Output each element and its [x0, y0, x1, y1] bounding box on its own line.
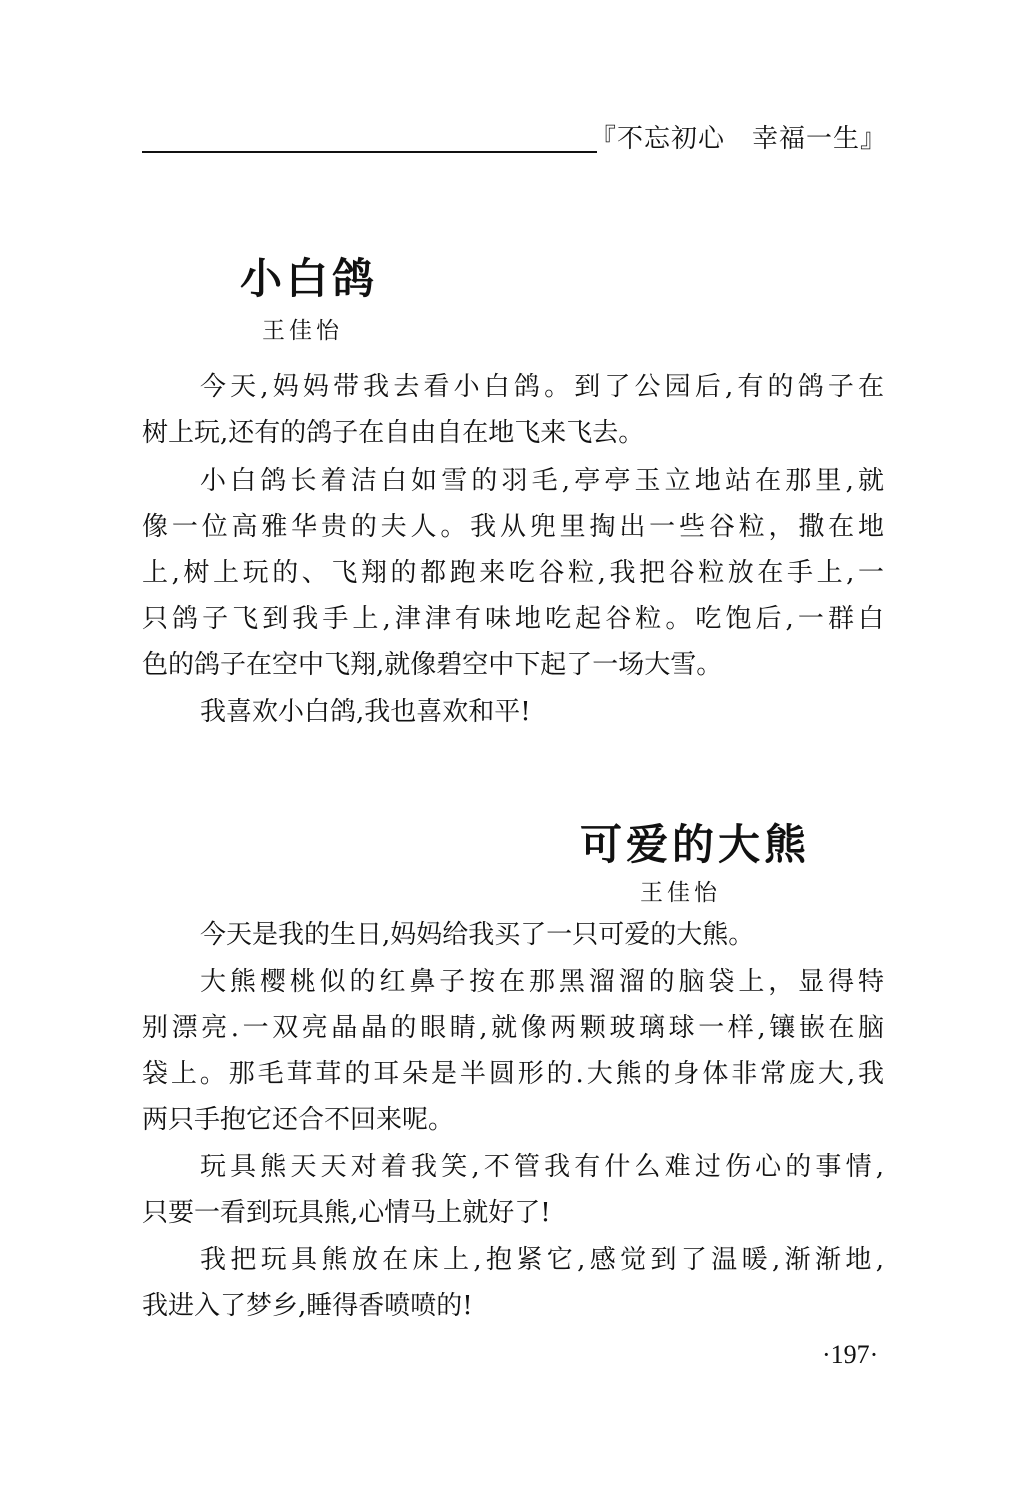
header-rule [142, 151, 597, 153]
paragraph-line: 树上玩,还有的鸽子在自由自在地飞来飞去。 [142, 410, 884, 456]
page-number: ·197· [822, 1340, 878, 1370]
paragraph-line: 小白鸽长着洁白如雪的羽毛,亭亭玉立地站在那里,就 [200, 458, 884, 504]
paragraph-line: 玩具熊天天对着我笑,不管我有什么难过伤心的事情, [200, 1144, 884, 1190]
paragraph-line: 别漂亮.一双亮晶晶的眼睛,就像两颗玻璃球一样,镶嵌在脑 [142, 1005, 884, 1051]
paragraph-line: 只鸽子飞到我手上,津津有味地吃起谷粒。吃饱后,一群白 [142, 596, 884, 642]
paragraph-line: 我把玩具熊放在床上,抱紧它,感觉到了温暖,渐渐地, [200, 1237, 884, 1283]
article-title: 可爱的大熊 [580, 812, 810, 872]
paragraph-line: 今天是我的生日,妈妈给我买了一只可爱的大熊。 [200, 912, 884, 958]
article-author: 王佳怡 [262, 312, 343, 345]
paragraph-line: 大熊樱桃似的红鼻子按在那黑溜溜的脑袋上，显得特 [200, 959, 884, 1005]
paragraph-line: 两只手抱它还合不回来呢。 [142, 1097, 884, 1143]
paragraph-line: 今天,妈妈带我去看小白鸽。到了公园后,有的鸽子在 [200, 364, 884, 410]
article-author: 王佳怡 [640, 874, 721, 907]
running-header: 『不忘初心 幸福一生』 [590, 118, 887, 155]
paragraph-line: 只要一看到玩具熊,心情马上就好了! [142, 1190, 884, 1236]
paragraph-line: 色的鸽子在空中飞翔,就像碧空中下起了一场大雪。 [142, 642, 884, 688]
paragraph-line: 我喜欢小白鸽,我也喜欢和平! [200, 689, 884, 735]
paragraph-line: 上,树上玩的、飞翔的都跑来吃谷粒,我把谷粒放在手上,一 [142, 550, 884, 596]
paragraph-line: 像一位高雅华贵的夫人。我从兜里掏出一些谷粒，撒在地 [142, 504, 884, 550]
article-title: 小白鸽 [240, 246, 378, 306]
paragraph-line: 袋上。那毛茸茸的耳朵是半圆形的.大熊的身体非常庞大,我 [142, 1051, 884, 1097]
paragraph-line: 我进入了梦乡,睡得香喷喷的! [142, 1283, 884, 1329]
